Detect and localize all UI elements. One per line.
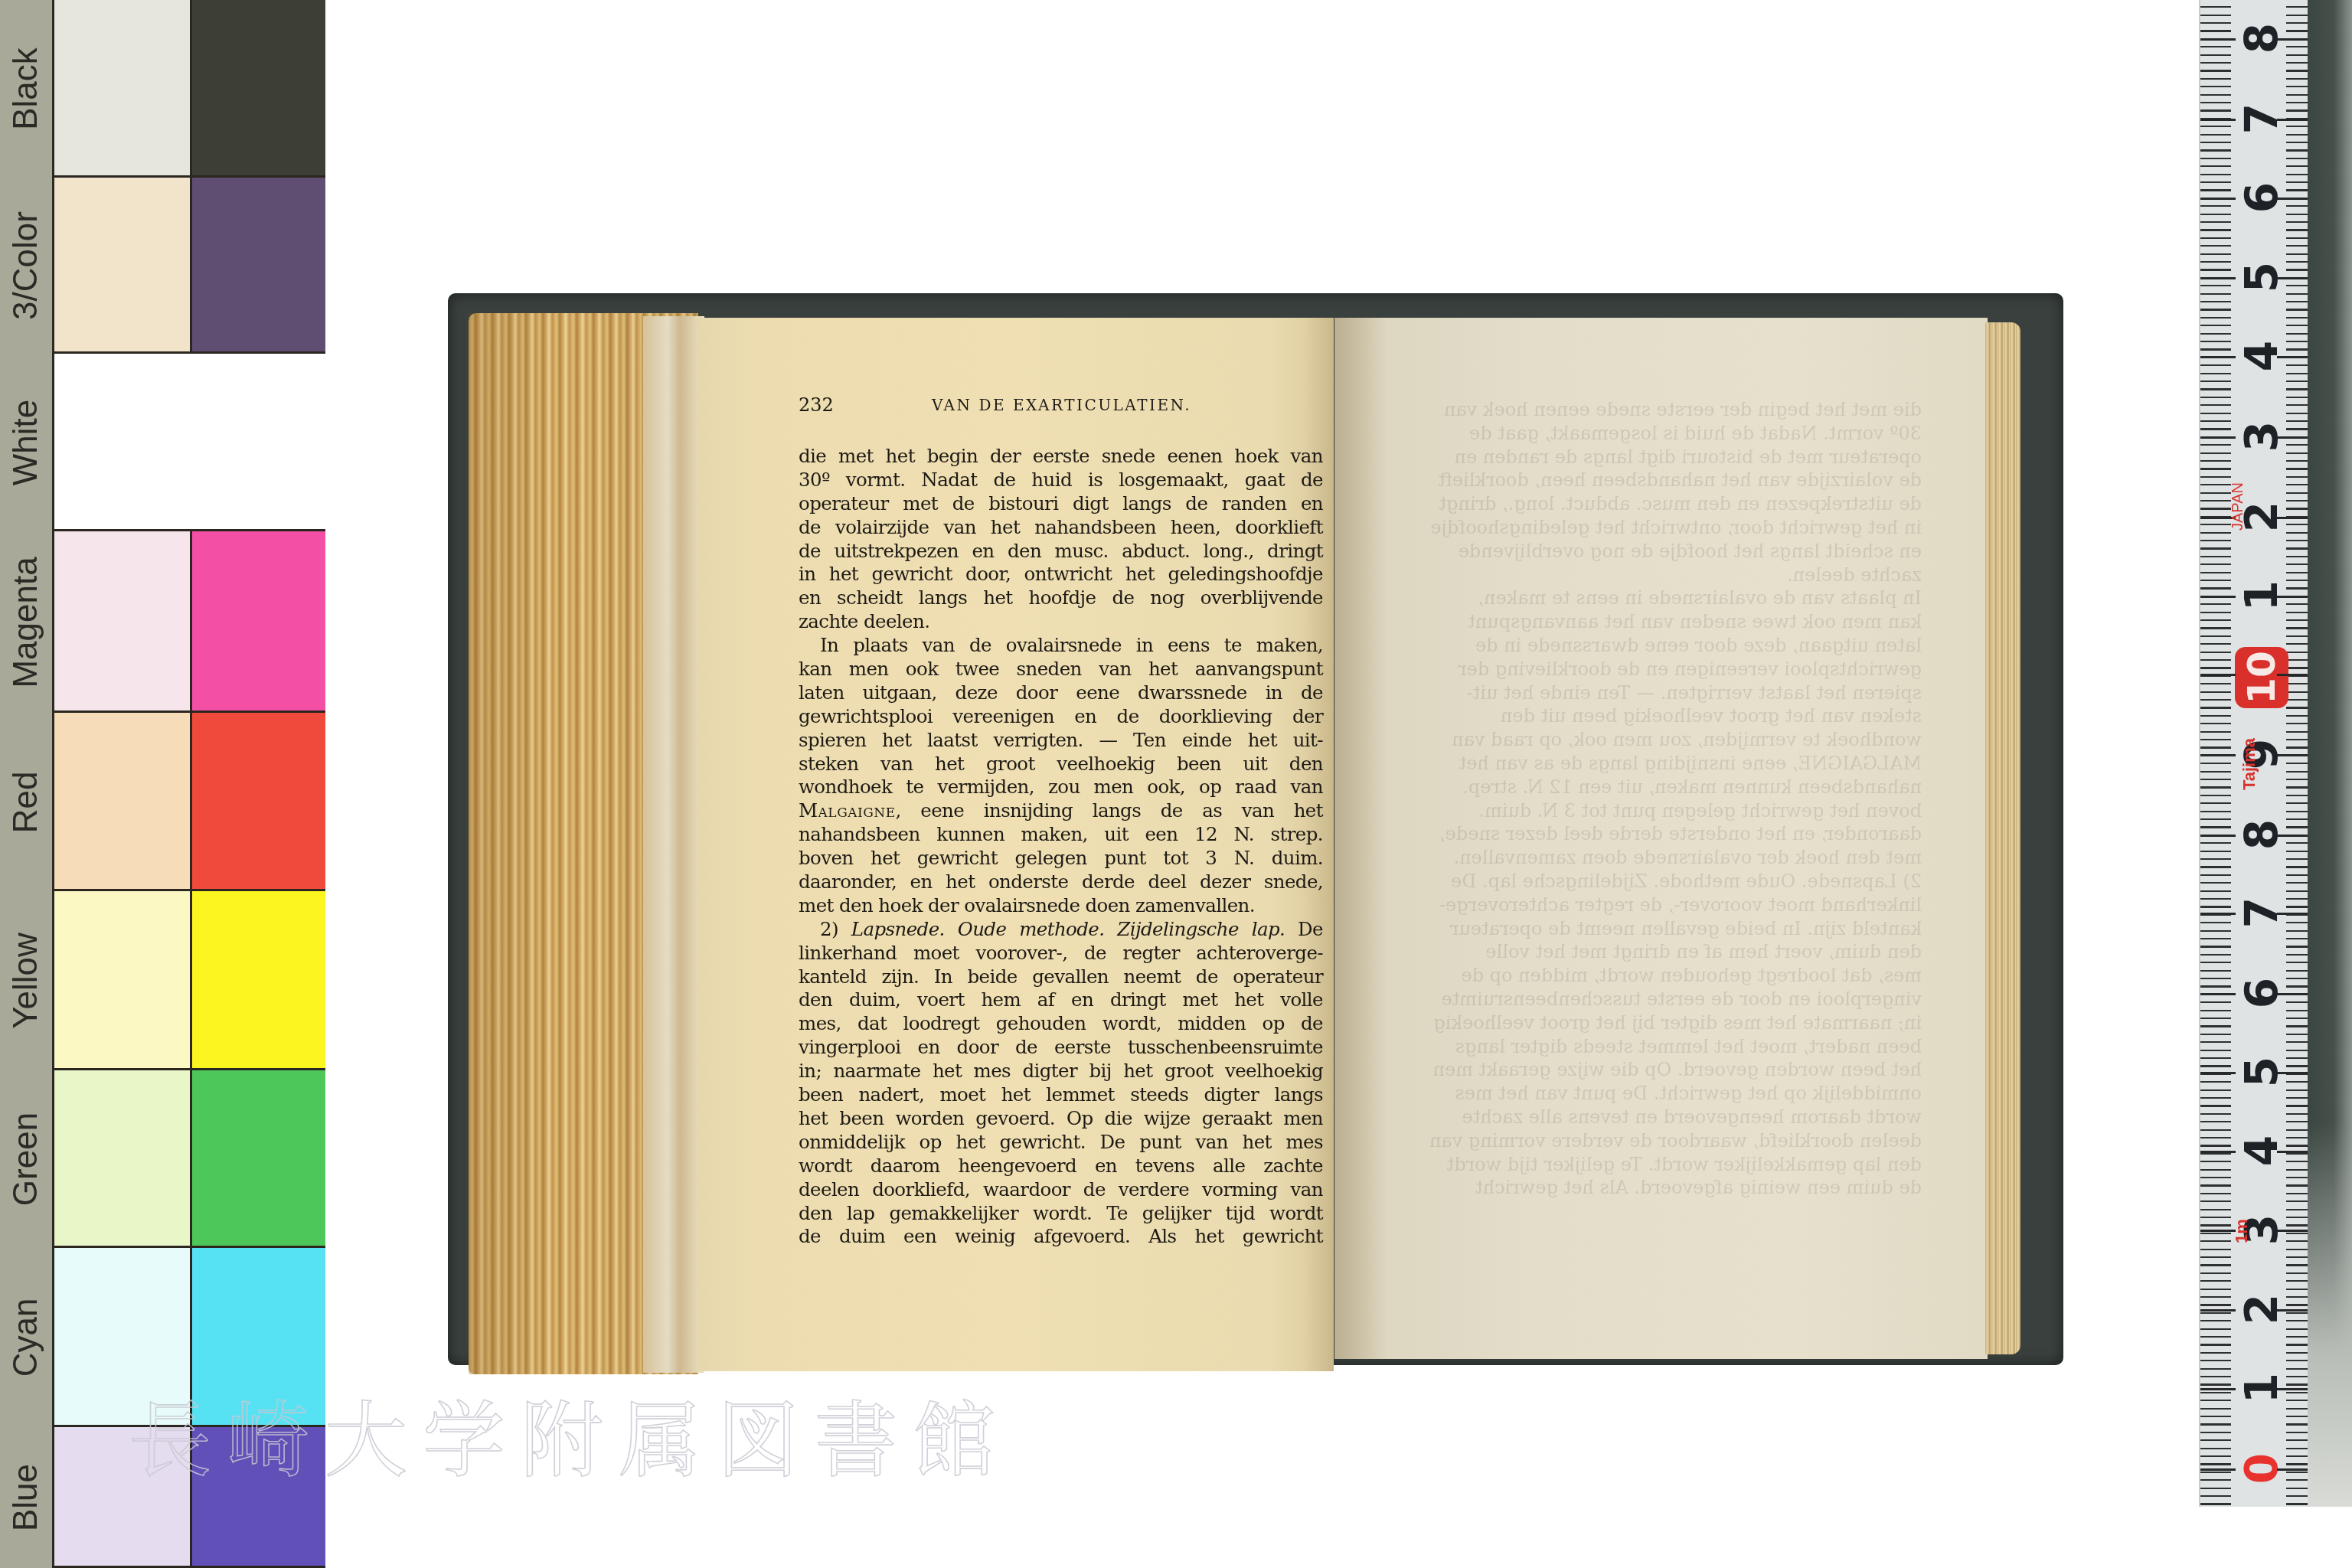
ruler-shadow-strip [2306, 0, 2352, 1507]
running-head: 232 VAN DE EXARTICULATIEN. [799, 394, 1323, 425]
color-checker-row-black: Black [0, 0, 329, 178]
measuring-ruler: 87654321109876543210 Tajima JAPAN 1m [2199, 0, 2308, 1507]
text-line: spieren het laatst verrigten. — Ten eind… [799, 729, 1323, 753]
color-patch-light [54, 531, 192, 713]
text-line: boven het gewricht gelegen punt tot 3 N.… [799, 847, 1323, 871]
show-through-line: steken van het groot veelhoekig been uit… [1386, 704, 1922, 728]
text-line: In plaats van de ovalairsnede in eens te… [799, 634, 1323, 658]
show-through-line: wondhoek te vermijden, zou men ook, op r… [1386, 728, 1922, 752]
show-through-text: die met het begin der eerste snede eenen… [1386, 398, 1922, 1256]
color-label-text: Black [7, 47, 45, 130]
color-checker-label: Yellow [0, 891, 52, 1070]
color-label-text: Red [7, 771, 45, 833]
text-line: onmiddelijk op het gewricht. De punt van… [799, 1131, 1323, 1155]
text-line: de volairzijde van het nahandsbeen heen,… [799, 516, 1323, 540]
ruler-major-tick [2200, 1230, 2308, 1232]
show-through-line: in het gewricht door, ontwricht het gele… [1386, 516, 1922, 540]
color-patch-light [54, 178, 192, 354]
ruler-major-tick [2200, 38, 2308, 41]
ruler-ticks-left [2200, 0, 2231, 1507]
color-checker-row-3-color: 3/Color [0, 178, 329, 354]
inner-leaves [643, 316, 704, 1373]
color-checker-label: Blue [0, 1427, 52, 1568]
show-through-line: spieren het laatst verrigten. — Ten eind… [1386, 681, 1922, 705]
text-line: wordt daarom heengevoerd en tevens alle … [799, 1155, 1323, 1178]
color-patch-light [54, 1070, 192, 1248]
ruler-unit-mark: 1m [2232, 1219, 2252, 1243]
ruler-major-tick [2200, 1388, 2308, 1390]
color-checker-row-magenta: Magenta [0, 531, 329, 713]
page-body: die met het begin der eerste snede eenen… [799, 445, 1323, 1249]
show-through-line: gewrichtsplooi vereenigen en de doorklie… [1386, 658, 1922, 681]
show-through-line: operateur met de bistouri digt langs de … [1386, 446, 1922, 469]
text-line: de uitstrekpezen en den musc. abduct. lo… [799, 540, 1323, 563]
color-patch-dark [192, 713, 325, 891]
text-line: kanteld zijn. In beide gevallen neemt de… [799, 965, 1323, 989]
show-through-line: MALGAIGNE, eene insnijding langs de as v… [1386, 752, 1922, 776]
color-patch-light [54, 891, 192, 1070]
color-patch-light [54, 354, 192, 531]
show-through-line: wordt daarom heengevoerd en tevens alle … [1386, 1106, 1922, 1129]
text-line: mes, dat loodregt gehouden wordt, midden… [799, 1012, 1323, 1036]
ruler-major-tick [2200, 1309, 2308, 1312]
ruler-major-tick [2200, 596, 2308, 598]
show-through-line: het been worden gevoerd. Op die wijze ge… [1386, 1058, 1922, 1082]
page-number: 232 [799, 394, 834, 416]
text-line: deelen doorkliefd, waardoor de verdere v… [799, 1178, 1323, 1202]
show-through-line: deelen doorkliefd, waardoor de verdere v… [1386, 1129, 1922, 1153]
show-through-line: zachte deelen. [1386, 563, 1922, 587]
show-through-line: boven het gewricht gelegen punt tot 3 N.… [1386, 799, 1922, 823]
show-through-line: de duim een weinig afgevoerd. Als het ge… [1386, 1176, 1922, 1200]
show-through-line: die met het begin der eerste snede eenen… [1386, 398, 1922, 422]
color-checker-row-green: Green [0, 1070, 329, 1248]
text-line: en scheidt langs het hoofdje de nog over… [799, 586, 1323, 610]
show-through-line: daaronder, en het onderste derde deel de… [1386, 822, 1922, 846]
color-patch-light [54, 0, 192, 178]
show-through-line: kanteld zijn. In beide gevallen neemt de… [1386, 917, 1922, 941]
color-checker-label: Red [0, 713, 52, 891]
ruler-major-tick [2200, 1072, 2308, 1074]
color-patch-dark [192, 178, 325, 354]
show-through-line: linkerhand moet voorover-, de regter ach… [1386, 893, 1922, 917]
show-through-line: den lap gemakkelijker wordt. Te gelijker… [1386, 1153, 1922, 1177]
color-checker-label: Green [0, 1070, 52, 1248]
ruler-major-tick [2200, 277, 2308, 279]
show-through-line: den duim, voert hem af en dringt met het… [1386, 940, 1922, 964]
text-line: steken van het groot veelhoekig been uit… [799, 753, 1323, 776]
text-line: zachte deelen. [799, 610, 1323, 634]
running-head-title: VAN DE EXARTICULATIEN. [932, 396, 1191, 414]
text-line: 30º vormt. Nadat de huid is losgemaakt, … [799, 469, 1323, 492]
text-line: linkerhand moet voorover-, de regter ach… [799, 942, 1323, 965]
text-line: kan men ook twee sneden van het aanvangs… [799, 658, 1323, 681]
text-line: in het gewricht door, ontwricht het gele… [799, 563, 1323, 586]
color-patch-dark [192, 1070, 325, 1248]
text-line: in; naarmate het mes digter bij het groo… [799, 1060, 1323, 1083]
show-through-line: met den hoek der ovalairsnede doen zamen… [1386, 846, 1922, 870]
show-through-line: in; naarmate het mes digter bij het groo… [1386, 1011, 1922, 1035]
ruler-major-tick [2200, 913, 2308, 915]
show-through-line: de volairzijde van het nahandsbeen heen,… [1386, 469, 1922, 492]
ruler-major-tick [2200, 119, 2308, 121]
ruler-major-tick [2200, 674, 2308, 676]
color-patch-light [54, 713, 192, 891]
text-line: operateur met de bistouri digt langs de … [799, 492, 1323, 516]
color-label-text: Green [7, 1112, 45, 1206]
color-label-text: Yellow [7, 933, 45, 1029]
text-line: het been worden gevoerd. Op die wijze ge… [799, 1107, 1323, 1131]
ruler-major-tick [2200, 436, 2308, 439]
color-label-text: Magenta [7, 557, 45, 688]
show-through-line: mes, dat loodregt gehouden wordt, midden… [1386, 964, 1922, 988]
color-patch-dark [192, 354, 325, 531]
ruler-country: JAPAN [2229, 482, 2247, 531]
color-patch-dark [192, 0, 325, 178]
text-line: laten uitgaan, deze door eene dwarssnede… [799, 681, 1323, 705]
text-line: gewrichtsplooi vereenigen en de doorklie… [799, 705, 1323, 729]
show-through-line: laten uitgaan, deze door eene dwarssnede… [1386, 634, 1922, 658]
color-patch-dark [192, 531, 325, 713]
show-through-line: 30º vormt. Nadat de huid is losgemaakt, … [1386, 422, 1922, 446]
color-checker-label: 3/Color [0, 178, 52, 354]
color-label-text: White [7, 400, 45, 485]
library-watermark: 長崎大学附属図書館 [129, 1374, 1011, 1493]
color-checker-label: Cyan [0, 1248, 52, 1427]
ruler-major-tick [2200, 1151, 2308, 1153]
color-label-text: Blue [7, 1464, 45, 1531]
show-through-line: 2) Lapsnede. Oude methode. Zijdelingsche… [1386, 870, 1922, 893]
show-through-line: en scheidt langs het hoofdje de nog over… [1386, 540, 1922, 563]
show-through-line: In plaats van de ovalairsnede in eens te… [1386, 586, 1922, 610]
color-label-text: Cyan [7, 1298, 45, 1377]
ruler-ticks-right [2286, 0, 2308, 1507]
ruler-major-tick [2200, 993, 2308, 995]
color-checker-strip: LICENSED PRODUCT Black3/ColorWhiteMagent… [0, 0, 329, 1568]
left-page-text: 232 VAN DE EXARTICULATIEN. die met het b… [799, 394, 1323, 1249]
show-through-line: been nadert, moet het lemmet steeds digt… [1386, 1035, 1922, 1059]
show-through-line: nahandsbeen kunnen maken, uit een 12 N. … [1386, 776, 1922, 799]
text-line: wondhoek te vermijden, zou men ook, op r… [799, 776, 1323, 799]
text-line: die met het begin der eerste snede eenen… [799, 445, 1323, 469]
show-through-line: vingerplooi en door de eerste tusschenbe… [1386, 988, 1922, 1011]
ruler-major-tick [2200, 1468, 2308, 1471]
text-line: den lap gemakkelijker wordt. Te gelijker… [799, 1202, 1323, 1226]
color-checker-row-white: White [0, 354, 329, 531]
text-line: nahandsbeen kunnen maken, uit een 12 N. … [799, 823, 1323, 847]
text-line: den duim, voert hem af en dringt met het… [799, 988, 1323, 1012]
ruler-brand: Tajima [2239, 738, 2259, 790]
ruler-major-tick [2200, 356, 2308, 358]
color-checker-row-yellow: Yellow [0, 891, 329, 1070]
show-through-line: kan men ook twee sneden van het aanvangs… [1386, 610, 1922, 634]
color-patch-dark [192, 891, 325, 1070]
text-line: vingerplooi en door de eerste tusschenbe… [799, 1036, 1323, 1060]
ruler-major-tick [2200, 517, 2308, 519]
text-line: met den hoek der ovalairsnede doen zamen… [799, 894, 1323, 918]
color-checker-label: Magenta [0, 531, 52, 713]
gutter-shadow-right [1334, 318, 1388, 1359]
ruler-major-tick [2200, 198, 2308, 200]
color-checker-row-red: Red [0, 713, 329, 891]
text-line: been nadert, moet het lemmet steeds digt… [799, 1083, 1323, 1107]
ruler-major-tick [2200, 835, 2308, 837]
show-through-line: onmiddelijk op het gewricht. De punt van… [1386, 1082, 1922, 1106]
text-line: Malgaigne, eene insnijding langs de as v… [799, 799, 1323, 823]
text-line: daaronder, en het onderste derde deel de… [799, 871, 1323, 894]
color-checker-label: White [0, 354, 52, 531]
color-label-text: 3/Color [7, 211, 45, 320]
text-line: 2) Lapsnede. Oude methode. Zijdelingsche… [799, 918, 1323, 942]
color-checker-label: Black [0, 0, 52, 178]
ruler-number: 10 [2235, 647, 2288, 708]
show-through-line: de uitstrekpezen en den musc. abduct. lo… [1386, 492, 1922, 516]
right-fore-edge [1985, 322, 2020, 1354]
open-book: die met het begin der eerste snede eenen… [448, 293, 2063, 1380]
text-line: de duim een weinig afgevoerd. Als het ge… [799, 1225, 1323, 1249]
